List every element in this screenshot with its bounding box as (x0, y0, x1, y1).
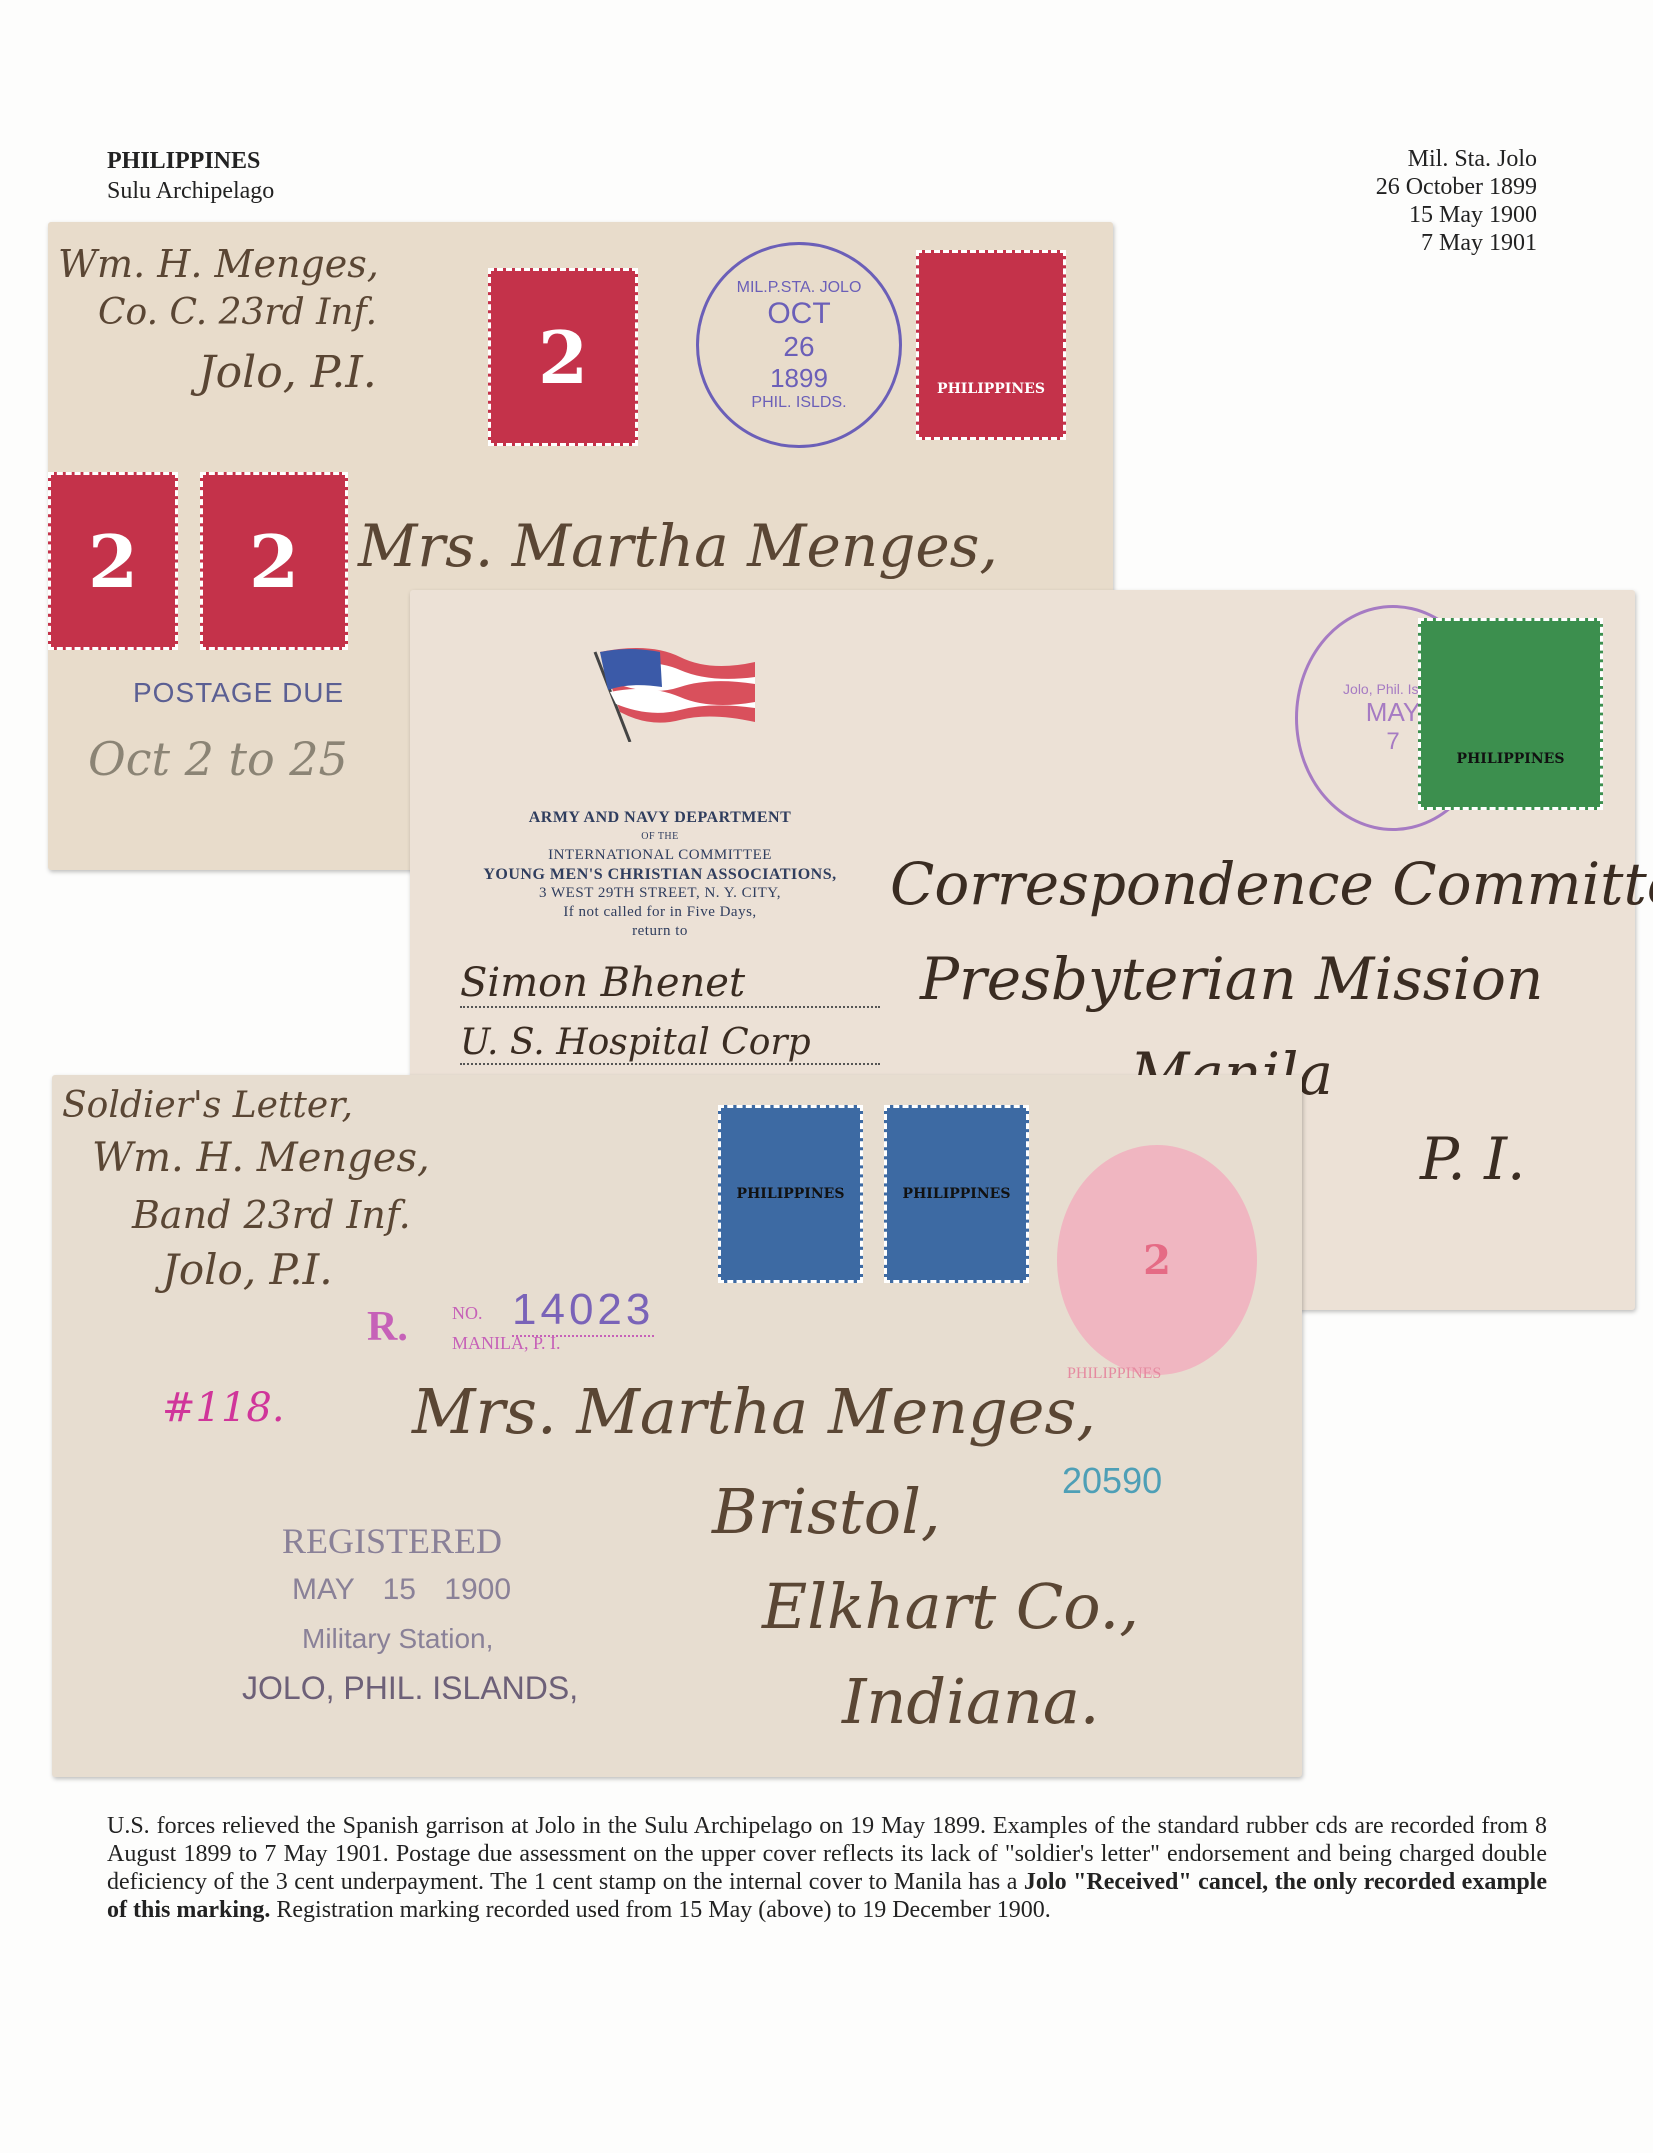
address-line: Presbyterian Mission (920, 945, 1543, 1013)
caption-text: Registration marking recorded used from … (270, 1897, 1050, 1923)
address-line: Bristol, (712, 1475, 941, 1548)
address-line: Indiana. (842, 1665, 1100, 1738)
postage-due-stamp: 2 (200, 472, 348, 650)
address-line: Correspondence Committee (890, 850, 1653, 918)
corner-line: return to (425, 922, 895, 941)
registered-location: JOLO, PHIL. ISLANDS, (242, 1670, 578, 1707)
date-2: 15 May 1900 (1376, 201, 1537, 229)
registered-marking: REGISTERED (282, 1520, 502, 1562)
sender-line: Jolo, P.I. (162, 1245, 333, 1294)
corner-line: YOUNG MEN'S CHRISTIAN ASSOCIATIONS, (425, 865, 895, 884)
address-line: P. I. (1420, 1125, 1526, 1193)
exhibit-caption: U.S. forces relieved the Spanish garriso… (107, 1812, 1547, 1924)
postmark-month: OCT (767, 297, 830, 331)
corner-line: ARMY AND NAVY DEPARTMENT (425, 808, 895, 827)
postage-due-stamp: 2 (48, 472, 178, 650)
registry-no-label: NO. (452, 1303, 483, 1324)
blue-number: 20590 (1062, 1460, 1162, 1502)
postmark-year: 1899 (770, 363, 828, 394)
registered-station: Military Station, (302, 1623, 493, 1655)
grant-5c-stamp: PHILIPPINES (718, 1105, 863, 1283)
date-1: 26 October 1899 (1376, 173, 1537, 201)
postage-due-stamp: 2 (488, 268, 638, 446)
ymca-corner-card: ARMY AND NAVY DEPARTMENT OF THE INTERNAT… (425, 808, 895, 941)
postmark-top: MIL.P.STA. JOLO (737, 279, 862, 297)
postmark-bottom: PHIL. ISLDS. (751, 394, 846, 412)
corner-line: 3 WEST 29TH STREET, N. Y. CITY, (425, 884, 895, 903)
sender-line: Wm. H. Menges, (92, 1135, 430, 1181)
endorsement: Soldier's Letter, (62, 1085, 353, 1126)
postmark-day: 7 (1386, 728, 1399, 756)
grant-5c-stamp: PHILIPPINES (884, 1105, 1029, 1283)
postage-due-note: Oct 2 to 25 (88, 732, 348, 786)
washington-2c-stamp: PHILIPPINES (916, 250, 1066, 440)
corner-line: If not called for in Five Days, (425, 903, 895, 922)
station-label: Mil. Sta. Jolo (1376, 145, 1537, 173)
address-line: Elkhart Co., (762, 1570, 1139, 1643)
addressee: Mrs. Martha Menges, (358, 512, 998, 580)
franklin-1c-stamp: PHILIPPINES (1418, 618, 1603, 810)
sender-line: Co. C. 23rd Inf. (98, 292, 377, 333)
corner-line: OF THE (425, 827, 895, 846)
page-title: PHILIPPINES (107, 148, 260, 175)
date-3: 7 May 1901 (1376, 229, 1537, 257)
page-subtitle: Sulu Archipelago (107, 178, 274, 205)
sender-line: Wm. H. Menges, (58, 242, 379, 286)
cover-bottom: Soldier's Letter, Wm. H. Menges, Band 23… (52, 1075, 1302, 1777)
us-flag-icon (590, 642, 760, 742)
dates-block: Mil. Sta. Jolo 26 October 1899 15 May 19… (1376, 145, 1537, 257)
registered-date: MAY 15 1900 (292, 1573, 511, 1607)
registry-number: 14023 (512, 1285, 654, 1337)
registry-r: R. (367, 1303, 408, 1351)
return-sender: U. S. Hospital Corp (460, 1022, 880, 1065)
postmark-day: 26 (783, 331, 814, 363)
corner-line: INTERNATIONAL COMMITTEE (425, 846, 895, 865)
address-line: Mrs. Martha Menges, (412, 1375, 1096, 1448)
postage-due-marking: POSTAGE DUE (133, 677, 344, 709)
sender-line: Jolo, P.I. (198, 347, 377, 398)
postal-stationery-indicium: 2 (1057, 1145, 1257, 1375)
jolo-postmark: MIL.P.STA. JOLO OCT 26 1899 PHIL. ISLDS. (696, 242, 902, 448)
return-sender: Simon Bhenet (460, 960, 880, 1008)
postmark-month: MAY (1366, 697, 1420, 728)
reference-number: #118. (162, 1385, 285, 1431)
sender-line: Band 23rd Inf. (132, 1193, 411, 1237)
registry-office: MANILA, P. I. (452, 1333, 561, 1354)
